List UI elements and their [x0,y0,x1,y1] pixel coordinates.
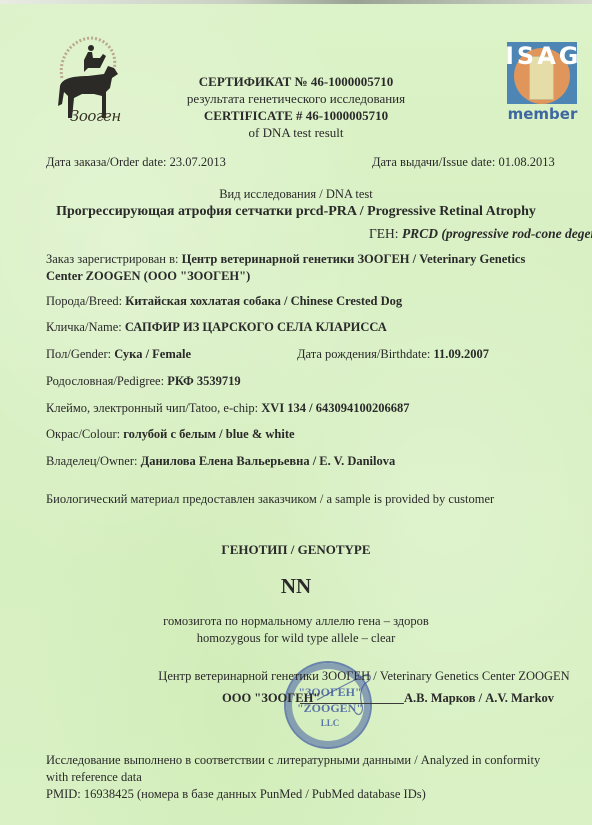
breed-label: Порода/Breed: [46,294,122,308]
owner-label: Владелец/Owner: [46,454,137,468]
badge-text: ISAG [505,42,580,70]
gender-value: Сука / Female [114,347,191,361]
pedigree-value: РКФ 3539719 [167,374,240,388]
dna-test-label: Вид исследования / DNA test [0,186,592,202]
gender-label: Пол/Gender: [46,347,111,361]
birthdate-label: Дата рождения/Birthdate: [297,347,430,361]
birthdate: Дата рождения/Birthdate: 11.09.2007 [297,346,489,362]
sample-note: Биологический материал предоставлен зака… [46,491,494,507]
registered-label: Заказ зарегистрирован в: [46,252,178,266]
gene-line: ГЕН: PRCD (progressive rod-cone degenera… [369,225,592,243]
registered-value-line2: Center ZOOGEN (ООО "ЗООГЕН") [46,268,250,284]
certificate-title-ru: СЕРТИФИКАТ № 46-1000005710 [0,73,592,90]
order-date: Дата заказа/Order date: 23.07.2013 [46,154,226,170]
signoff-signatory: А.В. Марков / A.V. Markov [404,690,554,706]
owner: Владелец/Owner: Данилова Елена Вальерьев… [46,453,395,469]
gender: Пол/Gender: Сука / Female [46,346,191,362]
genotype-value: NN [0,574,592,598]
genotype-description-ru: гомозигота по нормальному аллелю гена – … [0,613,592,629]
registered-at: Заказ зарегистрирован в: Центр ветеринар… [46,251,525,267]
order-date-value: 23.07.2013 [170,155,226,169]
certificate-subtitle-ru: результата генетического исследования [0,90,592,107]
registered-value: Центр ветеринарной генетики ЗООГЕН / Vet… [182,252,526,266]
genotype-description-en: homozygous for wild type allele – clear [0,630,592,646]
chip: Клеймо, электронный чип/Tatoo, e-chip: X… [46,400,410,416]
signoff-center: Центр ветеринарной генетики ЗООГЕН / Vet… [136,668,592,684]
chip-value: XVI 134 / 643094100206687 [261,401,409,415]
owner-value: Данилова Елена Вальерьевна / E. V. Danil… [141,454,396,468]
dna-test-name: Прогрессирующая атрофия сетчатки prcd-PR… [0,203,592,221]
birthdate-value: 11.09.2007 [434,347,490,361]
order-date-label: Дата заказа/Order date: [46,155,166,169]
certificate-subtitle-en: of DNA test result [0,124,592,141]
dog-name-value: САПФИР ИЗ ЦАРСКОГО СЕЛА КЛАРИССА [125,320,387,334]
breed: Порода/Breed: Китайская хохлатая собака … [46,293,402,309]
genotype-heading: ГЕНОТИП / GENOTYPE [0,542,592,558]
pedigree-label: Родословная/Pedigree: [46,374,164,388]
certificate-title-block: СЕРТИФИКАТ № 46-1000005710 результата ге… [0,73,592,141]
chip-label: Клеймо, электронный чип/Tatoo, e-chip: [46,401,258,415]
conformity-line2: with reference data [46,769,142,785]
breed-value: Китайская хохлатая собака / Chinese Cres… [125,294,402,308]
gene-value: PRCD (progressive rod-cone degeneration) [402,226,592,241]
issue-date-value: 01.08.2013 [498,155,554,169]
colour-value: голубой с белым / blue & white [123,427,294,441]
pmid-reference: PMID: 16938425 (номера в базе данных Pun… [46,786,426,802]
paper-top-edge [0,0,592,4]
pedigree: Родословная/Pedigree: РКФ 3539719 [46,373,241,389]
colour-label: Окрас/Colour: [46,427,120,441]
issue-date-label: Дата выдачи/Issue date: [372,155,495,169]
certificate-title-en: CERTIFICATE # 46-1000005710 [0,107,592,124]
issue-date: Дата выдачи/Issue date: 01.08.2013 [372,154,555,170]
gene-label: ГЕН: [369,226,399,241]
colour: Окрас/Colour: голубой с белым / blue & w… [46,426,295,442]
conformity-line1: Исследование выполнено в соответствии с … [46,752,540,768]
signature-line [300,703,404,704]
dog-name-label: Кличка/Name: [46,320,122,334]
dog-name: Кличка/Name: САПФИР ИЗ ЦАРСКОГО СЕЛА КЛА… [46,319,387,335]
